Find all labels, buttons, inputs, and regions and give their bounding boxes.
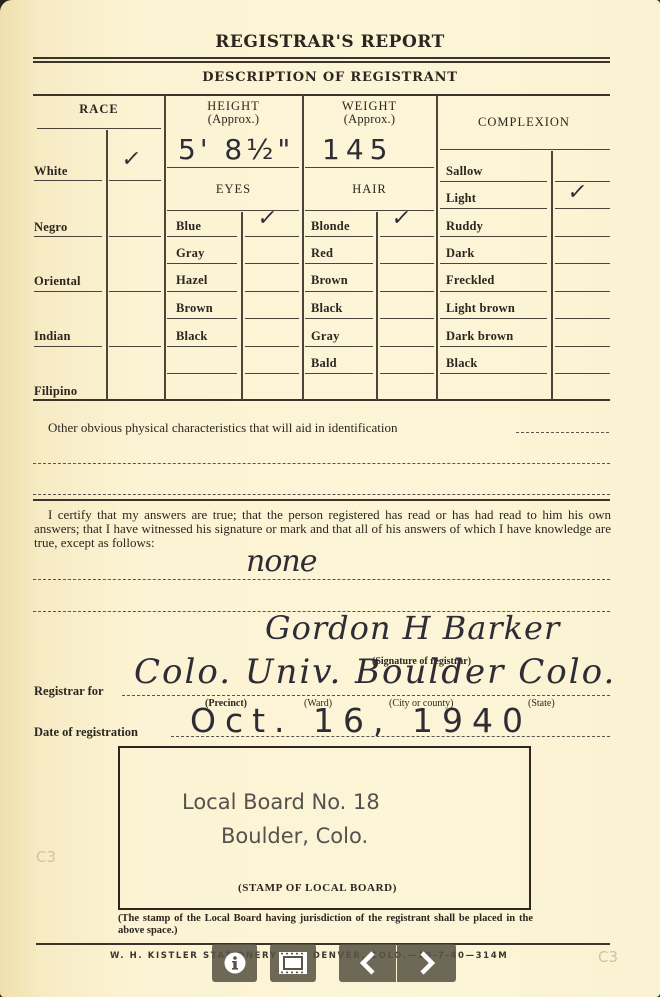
filmstrip-button[interactable] bbox=[270, 944, 316, 982]
weight-complexion-divider bbox=[436, 95, 438, 400]
height-rule bbox=[167, 167, 299, 168]
registrar-for-field[interactable] bbox=[122, 695, 610, 696]
table-top-rule bbox=[33, 94, 610, 96]
checkmark-icon: ✓ bbox=[566, 180, 589, 205]
hair-label-red: Red bbox=[311, 246, 333, 261]
complexion-divider bbox=[551, 151, 553, 400]
registrar-for-label: Registrar for bbox=[34, 684, 104, 698]
race-height-divider bbox=[164, 95, 166, 400]
corner-mark-left: C3 bbox=[36, 848, 56, 866]
hair-label-black: Black bbox=[311, 301, 343, 316]
hair-label-brown: Brown bbox=[311, 273, 348, 288]
complexion-header-rule bbox=[440, 149, 610, 150]
date-value: Oct. 16, 1940 bbox=[190, 701, 532, 740]
weight-value: 145 bbox=[322, 133, 393, 166]
race-header-rule bbox=[37, 128, 161, 129]
hair-label-gray: Gray bbox=[311, 329, 340, 344]
stamp-line-2: Boulder, Colo. bbox=[221, 824, 368, 848]
complexion-label-dark: Dark bbox=[446, 246, 475, 261]
hair-label: Blonde bbox=[311, 219, 350, 234]
complexion-label-light-brown: Light brown bbox=[446, 301, 515, 316]
race-label: Oriental bbox=[34, 274, 81, 289]
race-label: Indian bbox=[34, 329, 71, 344]
row-rule bbox=[109, 236, 161, 237]
local-board-stamp-box: Local Board No. 18 Boulder, Colo. (STAMP… bbox=[118, 746, 531, 910]
row-rule bbox=[34, 291, 102, 292]
complexion-label: Light bbox=[446, 191, 476, 206]
eyes-header-rule bbox=[167, 210, 299, 211]
footer-rule bbox=[36, 943, 610, 945]
row-rule bbox=[109, 291, 161, 292]
complexion-label-dark-brown: Dark brown bbox=[446, 329, 513, 344]
certification-text: I certify that my answers are true; that… bbox=[34, 508, 611, 550]
stamp-note: (The stamp of the Local Board having jur… bbox=[118, 913, 533, 937]
hair-header-rule bbox=[305, 210, 434, 211]
eyes-header: EYES bbox=[166, 183, 301, 196]
hair-header: HAIR bbox=[304, 183, 435, 196]
checkmark-icon: ✓ bbox=[256, 206, 279, 231]
document-page: REGISTRAR'S REPORT DESCRIPTION OF REGIST… bbox=[0, 0, 660, 997]
eyes-label: Blue bbox=[176, 219, 201, 234]
other-characteristics-line-3[interactable] bbox=[33, 494, 610, 495]
complexion-label-ruddy: Ruddy bbox=[446, 219, 483, 234]
race-label: Filipino bbox=[34, 384, 77, 399]
date-label: Date of registration bbox=[34, 725, 138, 739]
title-rule-bottom bbox=[33, 61, 610, 63]
height-weight-divider bbox=[302, 95, 304, 400]
checkmark-icon: ✓ bbox=[120, 147, 143, 172]
registrar-signature: Gordon H Barker bbox=[265, 609, 560, 647]
stamp-line-1: Local Board No. 18 bbox=[182, 790, 380, 814]
hair-divider bbox=[376, 212, 378, 400]
row-rule bbox=[109, 346, 161, 347]
info-icon bbox=[224, 952, 246, 974]
eyes-label-black: Black bbox=[176, 329, 208, 344]
eyes-label-hazel: Hazel bbox=[176, 273, 208, 288]
height-value: 5' 8½" bbox=[178, 133, 294, 166]
complexion-label-sallow: Sallow bbox=[446, 164, 483, 179]
row-rule bbox=[109, 180, 161, 181]
exceptions-value: none bbox=[246, 544, 316, 579]
race-header: RACE bbox=[35, 103, 163, 116]
complexion-label-freckled: Freckled bbox=[446, 273, 495, 288]
registrar-for-value: Colo. Univ. Boulder Colo. bbox=[134, 652, 616, 692]
title-rule-top bbox=[33, 57, 610, 59]
race-label: Negro bbox=[34, 220, 67, 235]
eyes-divider bbox=[241, 212, 243, 400]
section-rule bbox=[33, 499, 610, 501]
row-rule bbox=[34, 346, 102, 347]
other-characteristics-line-2[interactable] bbox=[33, 463, 610, 464]
corner-mark-right: C3 bbox=[598, 948, 618, 966]
race-divider bbox=[106, 130, 108, 400]
eyes-label-brown: Brown bbox=[176, 301, 213, 316]
other-characteristics-label: Other obvious physical characteristics t… bbox=[48, 421, 397, 435]
complexion-label-black: Black bbox=[446, 356, 478, 371]
chevron-left-icon bbox=[359, 951, 377, 975]
section-subtitle: DESCRIPTION OF REGISTRANT bbox=[0, 70, 660, 85]
previous-button[interactable] bbox=[339, 944, 396, 982]
other-characteristics-field[interactable] bbox=[516, 432, 609, 433]
height-subheader: (Approx.) bbox=[166, 113, 301, 126]
weight-subheader: (Approx.) bbox=[304, 113, 435, 126]
chevron-right-icon bbox=[418, 951, 436, 975]
row-rule bbox=[34, 236, 102, 237]
next-button[interactable] bbox=[397, 944, 456, 982]
row-rule bbox=[34, 180, 102, 181]
table-bottom-rule bbox=[33, 399, 610, 401]
filmstrip-icon bbox=[278, 951, 308, 975]
hair-label-bald: Bald bbox=[311, 356, 337, 371]
info-button[interactable] bbox=[212, 944, 257, 982]
checkmark-icon: ✓ bbox=[390, 206, 413, 231]
eyes-label-gray: Gray bbox=[176, 246, 205, 261]
race-label: White bbox=[34, 164, 68, 179]
stamp-caption: (STAMP OF LOCAL BOARD) bbox=[238, 882, 397, 894]
weight-rule bbox=[305, 167, 434, 168]
document-title: REGISTRAR'S REPORT bbox=[0, 32, 660, 52]
exceptions-field[interactable] bbox=[33, 579, 610, 580]
complexion-header: COMPLEXION bbox=[438, 116, 610, 129]
